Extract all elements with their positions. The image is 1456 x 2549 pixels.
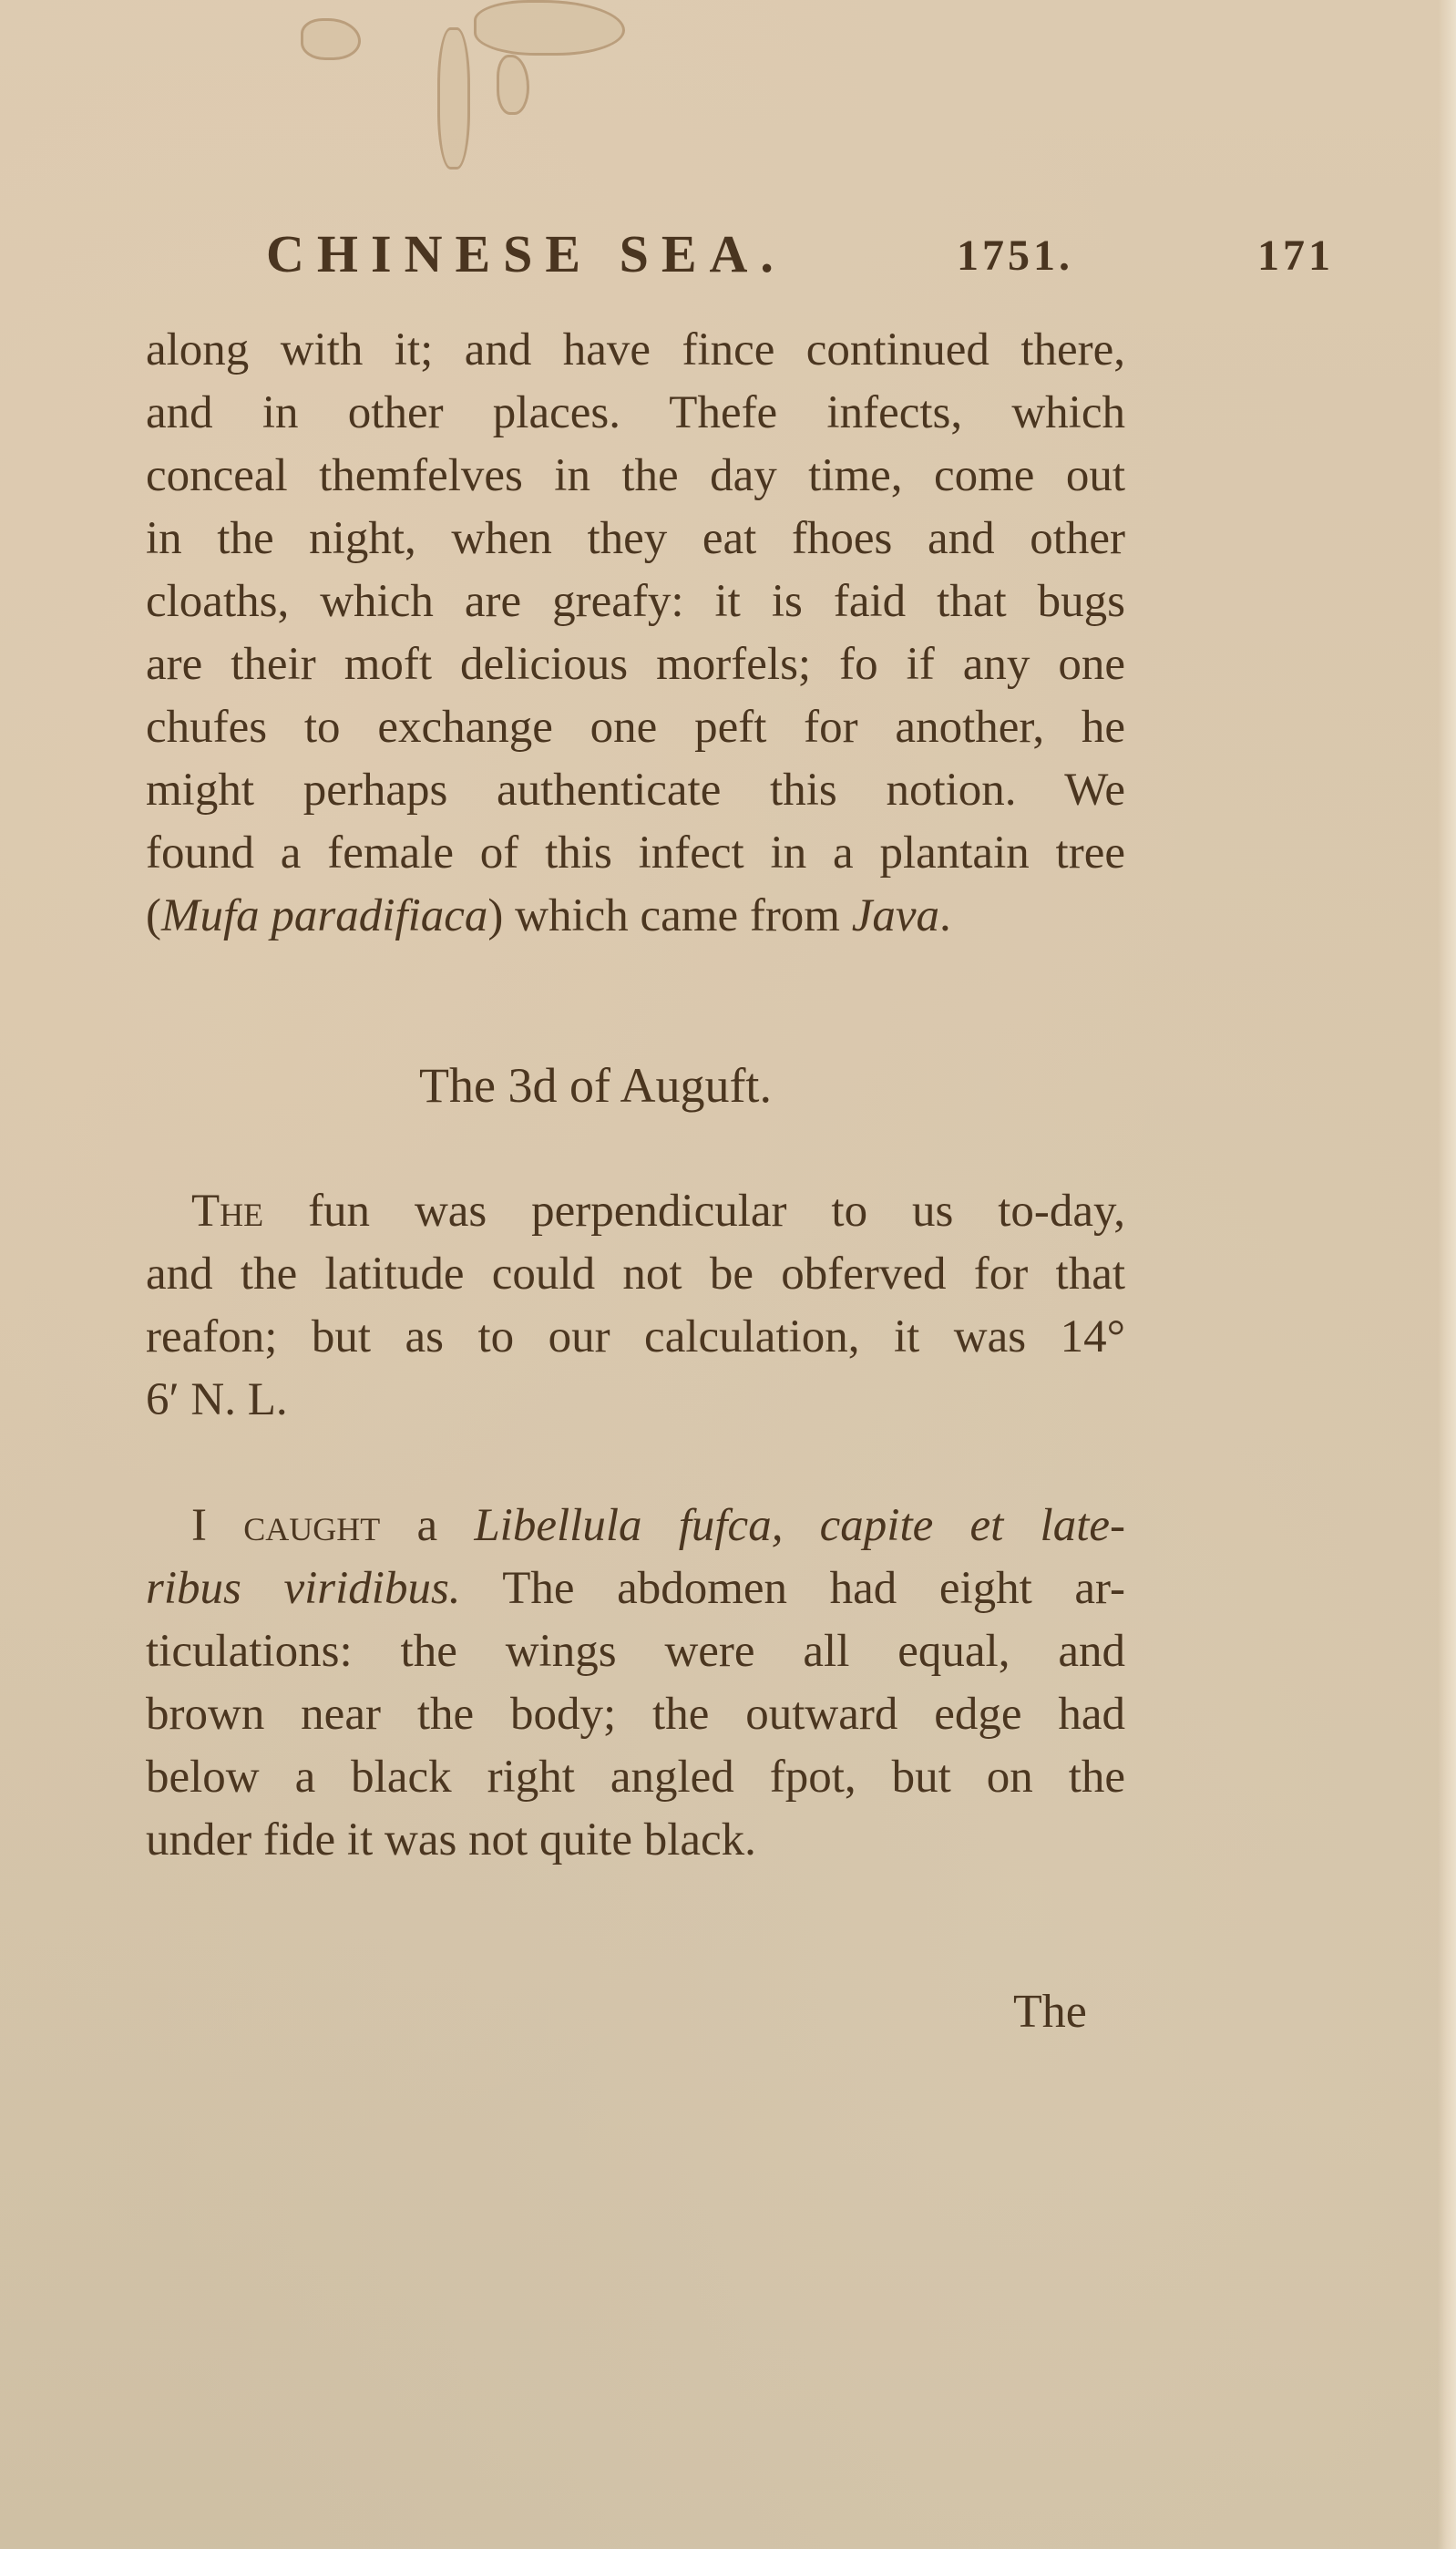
header-year: 1751. — [957, 231, 1073, 281]
running-title: CHINESE SEA. — [266, 223, 786, 284]
smallcaps-word: caught — [243, 1500, 380, 1551]
latin-phrase: ribus viridibus. — [146, 1563, 461, 1614]
book-page: CHINESE SEA. 1751. 171 along with it; an… — [0, 0, 1456, 2549]
text-line: chufes to exchange one peft for another,… — [146, 696, 1125, 759]
paren-close: ) — [487, 890, 503, 941]
text-line: are their moft delicious morfels; fo if … — [146, 633, 1125, 696]
text-fragment: The abdomen had eight ar- — [461, 1563, 1125, 1614]
paper-stain — [437, 27, 470, 170]
text-line: conceal themfelves in the day time, come… — [146, 445, 1125, 508]
text-line: ticulations: the wings were all equal, a… — [146, 1620, 1125, 1683]
paragraph-3: I caught a Libellula fufca, capite et la… — [146, 1495, 1125, 1872]
text-line: along with it; and have fince continued … — [146, 319, 1125, 382]
paper-stain — [474, 0, 625, 56]
text-line: 6′ N. L. — [146, 1369, 1125, 1432]
page-edge — [1438, 0, 1456, 2549]
text-line: brown near the body; the outward edge ha… — [146, 1683, 1125, 1746]
latin-phrase: Libellula fufca, capite et late- — [474, 1500, 1125, 1551]
place-name: Java — [852, 890, 939, 941]
text-line: reafon; but as to our calculation, it wa… — [146, 1306, 1125, 1369]
latin-name: Mufa paradifiaca — [161, 890, 487, 941]
text-line: I caught a Libellula fufca, capite et la… — [146, 1495, 1125, 1557]
text-fragment: a — [380, 1500, 474, 1551]
text-line: and in other places. Thefe infects, whic… — [146, 382, 1125, 445]
text-line: (Mufa paradifiaca) which came from Java. — [146, 885, 1125, 948]
text-line: found a female of this infect in a plant… — [146, 822, 1125, 885]
text-line: cloaths, which are greafy: it is faid th… — [146, 570, 1125, 633]
catchword: The — [1013, 1985, 1087, 2039]
text-line: under fide it was not quite black. — [146, 1809, 1125, 1872]
text-line: might perhaps authenticate this notion. … — [146, 759, 1125, 822]
period: . — [939, 890, 951, 941]
text-fragment: fun was perpendicular to us to-day, — [263, 1186, 1125, 1237]
paragraph-2: The fun was perpendicular to us to-day, … — [146, 1180, 1125, 1432]
text-fragment: which came from — [503, 890, 851, 941]
text-line: ribus viridibus. The abdomen had eight a… — [146, 1557, 1125, 1620]
text-line: and the latitude could not be obferved f… — [146, 1243, 1125, 1306]
paper-stain — [301, 18, 361, 60]
text-line: The fun was perpendicular to us to-day, — [146, 1180, 1125, 1243]
opening-word: I — [191, 1500, 207, 1551]
paper-stain — [497, 55, 529, 115]
paragraph-1: along with it; and have fince continued … — [146, 319, 1125, 948]
paren-open: ( — [146, 890, 161, 941]
text-line: in the night, when they eat fhoes and ot… — [146, 508, 1125, 570]
smallcaps-opening: The — [191, 1186, 263, 1237]
page-number: 171 — [1257, 231, 1334, 281]
date-heading: The 3d of Auguft. — [419, 1057, 772, 1114]
running-header: CHINESE SEA. 1751. 171 — [255, 223, 1139, 296]
text-line: below a black right angled fpot, but on … — [146, 1746, 1125, 1809]
